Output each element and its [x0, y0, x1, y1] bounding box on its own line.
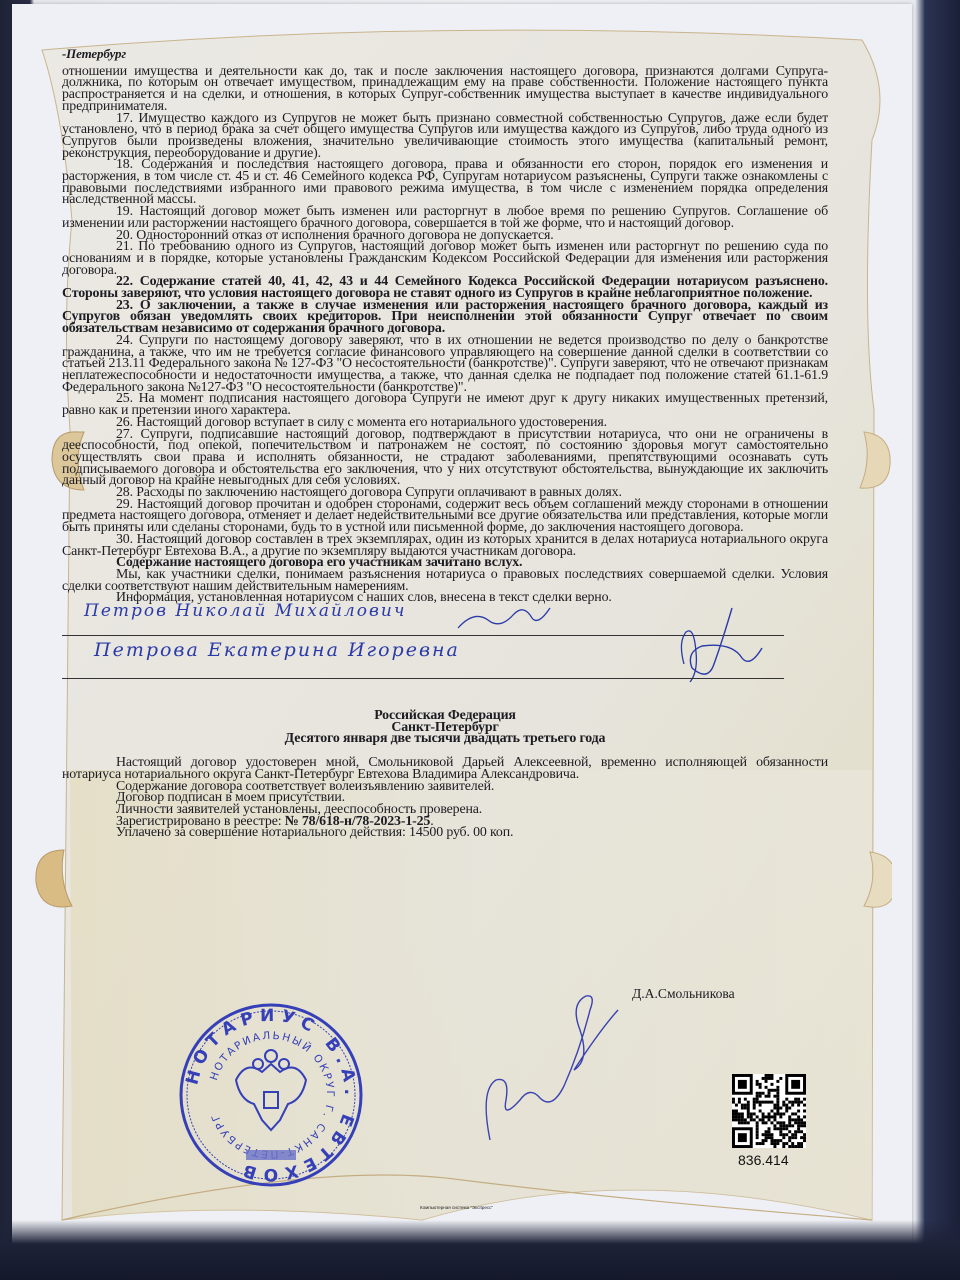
- notary-certification: Российская Федерация Санкт-Петербург Дес…: [62, 710, 828, 839]
- signature-husband: Петров Николай Михайлович: [84, 606, 406, 618]
- paragraph: 19. Настоящий договор может быть изменен…: [62, 206, 828, 229]
- footer-system-note: Компьютерная система "Экспресс": [420, 1205, 493, 1210]
- coat-of-arms-icon: [236, 1050, 306, 1130]
- paragraph: 23. О заключении, а также в случае измен…: [62, 300, 828, 335]
- paragraph: 22. Содержание статей 40, 41, 42, 43 и 4…: [62, 276, 828, 299]
- cert-lines: Настоящий договор удостоверен мной, Смол…: [62, 757, 828, 816]
- paragraph: Мы, как участники сделки, понимаем разъя…: [62, 569, 828, 592]
- paragraph: 30. Настоящий договор составлен в трех э…: [62, 534, 828, 557]
- paragraph-list: отношении имущества и деятельности как д…: [62, 66, 828, 604]
- signature-wife: Петрова Екатерина Игоревна: [94, 645, 460, 657]
- wife-signature-flourish: [662, 602, 772, 702]
- notary-signature-name: Д.А.Смольникова: [632, 986, 735, 1002]
- document-body: -Петербург отношении имущества и деятель…: [62, 48, 828, 839]
- cert-date: Десятого января две тысячи двадцать трет…: [62, 733, 828, 745]
- signature-line-2: [62, 678, 784, 679]
- paragraph: 24. Супруги по настоящему договору завер…: [62, 335, 828, 394]
- cert-line: Настоящий договор удостоверен мной, Смол…: [62, 757, 828, 780]
- paragraph: 29. Настоящий договор прочитан и одобрен…: [62, 499, 828, 534]
- folder-background: [0, 1220, 960, 1280]
- notary-stamp: НОТАРИУС В.А. ЕВТЕХОВ НОТАРИАЛЬНЫЙ ОКРУГ…: [176, 1000, 366, 1190]
- paragraph: 18. Содержания и последствия настоящего …: [62, 159, 828, 206]
- husband-signature-flourish: [454, 600, 554, 636]
- qr-code-number: 836.414: [738, 1152, 789, 1168]
- paragraph: 25. На момент подписания настоящего дого…: [62, 393, 828, 416]
- running-header: -Петербург: [62, 48, 828, 60]
- notary-signature: [440, 990, 620, 1150]
- qr-code: [732, 1074, 806, 1148]
- cert-fee: Уплачено за совершение нотариального дей…: [62, 827, 828, 839]
- signature-block: Петров Николай Михайлович Петрова Екатер…: [62, 608, 828, 700]
- paragraph: отношении имущества и деятельности как д…: [62, 66, 828, 113]
- paragraph: 27. Супруги, подписавшие настоящий догов…: [62, 429, 828, 488]
- paragraph: 21. По требованию одного из Супругов, на…: [62, 241, 828, 276]
- paragraph: 17. Имущество каждого из Супругов не мож…: [62, 113, 828, 160]
